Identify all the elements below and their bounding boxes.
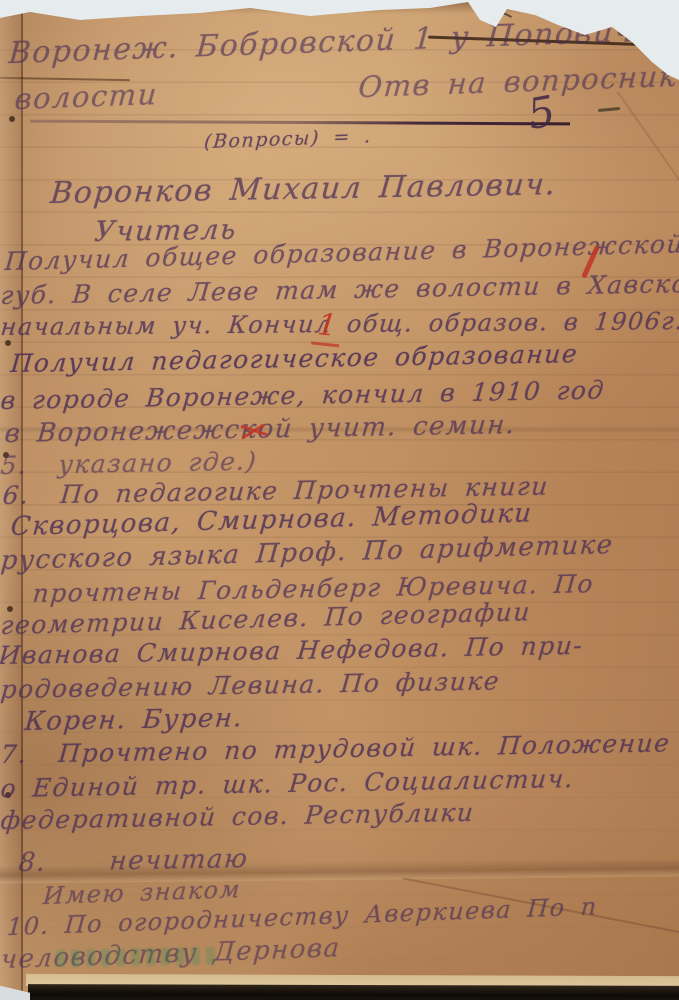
- handwritten-line: 8. нечитаю: [17, 844, 249, 878]
- handwritten-line: Корен. Бурен.: [23, 703, 244, 737]
- handwritten-line: 5. указано где.): [0, 447, 259, 481]
- handwritten-line: (Вопросы) = .: [203, 125, 372, 153]
- scanned-document-page: Воронеж. Бобровской 1 у Поповичевскволос…: [0, 0, 679, 1000]
- handwritten-line: федеративной сов. Республики: [0, 798, 476, 835]
- underlying-page-dark-edge: [28, 984, 679, 1000]
- handwritten-line: губ. В селе Леве там же волости в Хавско…: [0, 269, 679, 310]
- torn-top-edge-shadow: [0, 0, 679, 14]
- red-pencil-check: 1: [311, 307, 343, 348]
- handwritten-line: Получил педагогическое образование: [9, 339, 579, 378]
- green-stamp-imprint: [56, 947, 216, 968]
- handwritten-line: Воронков Михаил Павлович.: [49, 167, 558, 211]
- handwriting-layer: Воронеж. Бобровской 1 у Поповичевскволос…: [0, 0, 679, 1000]
- handwritten-line: в Воронежежской учит. семин.: [3, 410, 517, 449]
- handwritten-line: Имею знаком: [42, 875, 242, 910]
- manuscript-paper-sheet: Воронеж. Бобровской 1 у Поповичевскволос…: [0, 0, 679, 1000]
- handwritten-line: родоведению Левина. По физике: [0, 666, 501, 704]
- handwritten-line: о Единой тр. шк. Рос. Социалистич.: [0, 764, 576, 803]
